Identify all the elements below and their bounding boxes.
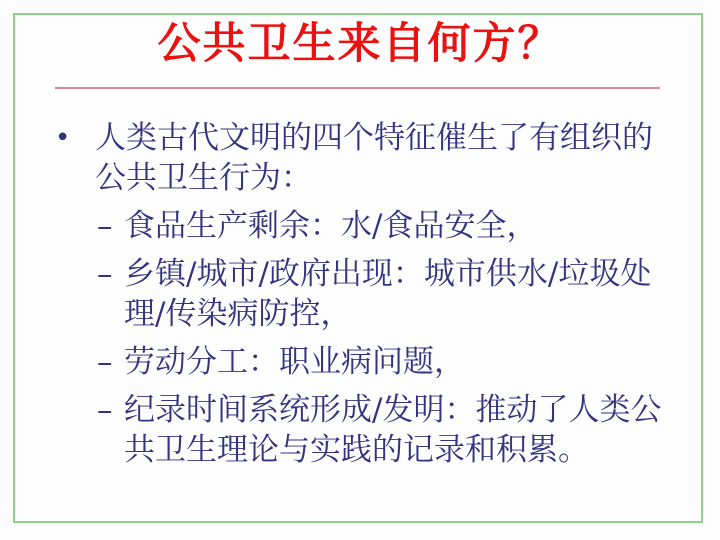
slide-title: 公共卫生来自何方？ bbox=[30, 18, 690, 70]
sub-bullet-item-3: – 劳动分工：职业病问题， bbox=[97, 342, 680, 382]
bullet-dot-marker: • bbox=[55, 118, 95, 158]
bullet-text-1: 人类古代文明的四个特征催生了有组织的公共卫生行为： bbox=[95, 118, 662, 198]
sub-bullet-item-4: – 纪录时间系统形成/发明：推动了人类公共卫生理论与实践的记录和积累。 bbox=[97, 390, 680, 470]
sub-bullet-text-3: 劳动分工：职业病问题， bbox=[124, 342, 676, 382]
dash-marker: – bbox=[97, 254, 124, 294]
slide-body: • 人类古代文明的四个特征催生了有组织的公共卫生行为： – 食品生产剩余：水/食… bbox=[55, 118, 680, 478]
slide: 公共卫生来自何方？ • 人类古代文明的四个特征催生了有组织的公共卫生行为： – … bbox=[0, 0, 720, 540]
sub-bullet-text-1: 食品生产剩余：水/食品安全， bbox=[124, 206, 676, 246]
dash-marker: – bbox=[97, 390, 124, 430]
sub-bullet-item-1: – 食品生产剩余：水/食品安全， bbox=[97, 206, 680, 246]
title-underline-rule bbox=[55, 87, 660, 89]
sub-bullet-item-2: – 乡镇/城市/政府出现：城市供水/垃圾处理/传染病防控， bbox=[97, 254, 680, 334]
bullet-item-1: • 人类古代文明的四个特征催生了有组织的公共卫生行为： bbox=[55, 118, 680, 198]
sub-bullet-text-2: 乡镇/城市/政府出现：城市供水/垃圾处理/传染病防控， bbox=[124, 254, 676, 334]
sub-bullet-text-4: 纪录时间系统形成/发明：推动了人类公共卫生理论与实践的记录和积累。 bbox=[124, 390, 676, 470]
dash-marker: – bbox=[97, 342, 124, 382]
dash-marker: – bbox=[97, 206, 124, 246]
